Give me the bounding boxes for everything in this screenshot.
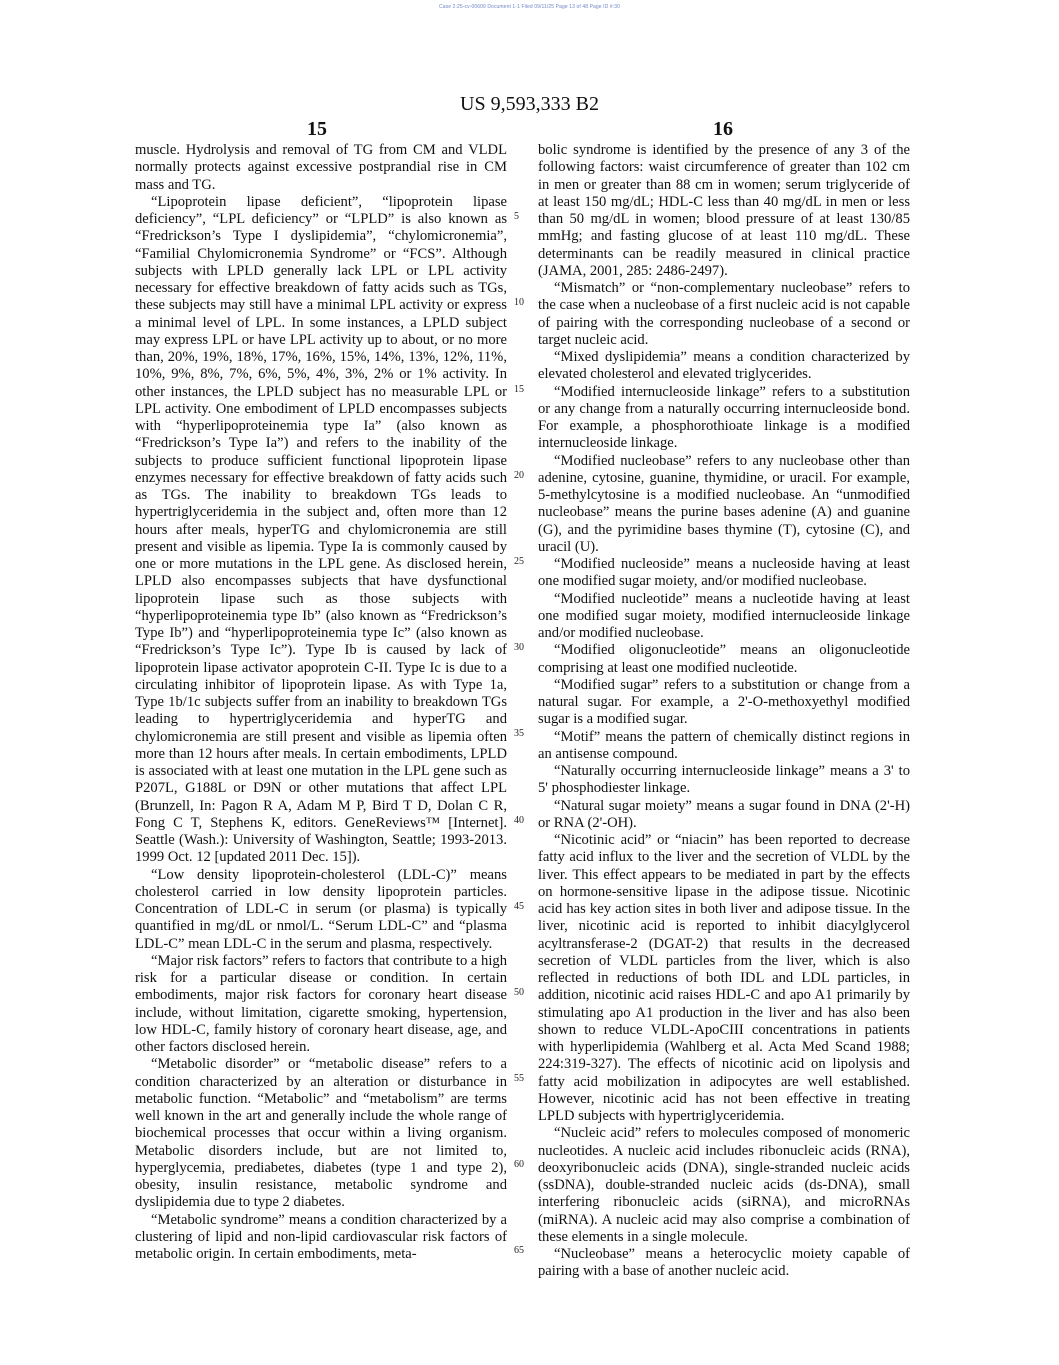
court-filing-stamp: Case 2:25-cv-00609 Document 1-1 Filed 09… <box>0 4 1059 10</box>
paragraph: “Modified nucleoside” means a nucleoside… <box>538 556 910 591</box>
paragraph: “Metabolic syndrome” means a condition c… <box>135 1212 507 1264</box>
paragraph: muscle. Hydrolysis and removal of TG fro… <box>135 142 507 194</box>
line-number: 25 <box>514 556 524 567</box>
line-number: 45 <box>514 901 524 912</box>
paragraph: “Modified internucleoside linkage” refer… <box>538 384 910 453</box>
paragraph: “Modified oligonucleotide” means an olig… <box>538 642 910 677</box>
line-number: 15 <box>514 384 524 395</box>
paragraph: “Modified sugar” refers to a substitutio… <box>538 677 910 729</box>
paragraph: “Lipoprotein lipase deficient”, “lipopro… <box>135 194 507 867</box>
line-number: 40 <box>514 815 524 826</box>
paragraph: “Metabolic disorder” or “metabolic disea… <box>135 1056 507 1211</box>
patent-number: US 9,593,333 B2 <box>0 93 1059 116</box>
line-number: 30 <box>514 642 524 653</box>
paragraph: “Natural sugar moiety” means a sugar fou… <box>538 798 910 833</box>
line-number: 35 <box>514 728 524 739</box>
paragraph: “Nucleobase” means a heterocyclic moiety… <box>538 1246 910 1281</box>
line-number: 50 <box>514 987 524 998</box>
paragraph: “Nicotinic acid” or “niacin” has been re… <box>538 832 910 1125</box>
column-number-right: 16 <box>713 118 733 141</box>
line-number: 20 <box>514 470 524 481</box>
paragraph: “Modified nucleobase” refers to any nucl… <box>538 453 910 557</box>
paragraph: “Mismatch” or “non-complementary nucleob… <box>538 280 910 349</box>
paragraph: “Major risk factors” refers to factors t… <box>135 953 507 1057</box>
line-number: 10 <box>514 297 524 308</box>
paragraph: “Nucleic acid” refers to molecules compo… <box>538 1125 910 1246</box>
paragraph: “Mixed dyslipidemia” means a condition c… <box>538 349 910 384</box>
column-number-left: 15 <box>307 118 327 141</box>
paragraph: “Low density lipoprotein-cholesterol (LD… <box>135 867 507 953</box>
paragraph: “Motif” means the pattern of chemically … <box>538 729 910 764</box>
paragraph: “Naturally occurring internucleoside lin… <box>538 763 910 798</box>
right-text-column: bolic syndrome is identified by the pres… <box>538 142 910 1281</box>
line-number: 55 <box>514 1073 524 1084</box>
paragraph: “Modified nucleotide” means a nucleotide… <box>538 591 910 643</box>
line-number: 60 <box>514 1159 524 1170</box>
paragraph: bolic syndrome is identified by the pres… <box>538 142 910 280</box>
line-number: 65 <box>514 1245 524 1256</box>
line-number: 5 <box>514 211 519 222</box>
left-text-column: muscle. Hydrolysis and removal of TG fro… <box>135 142 507 1263</box>
